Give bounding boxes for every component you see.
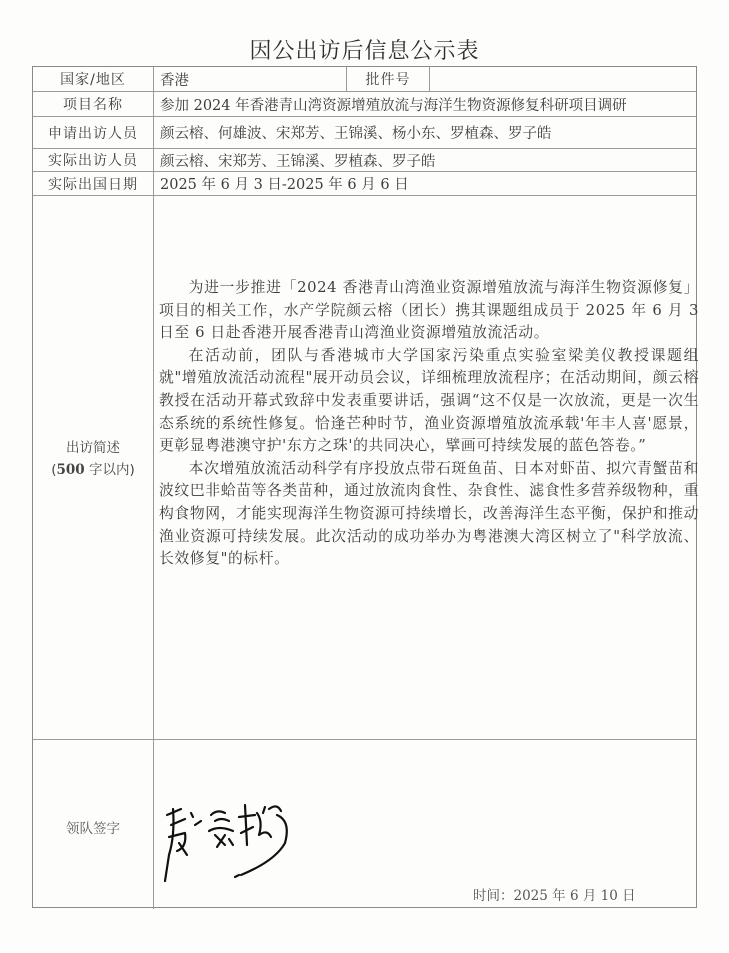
signature-date: 时间：2025 年 6 月 10 日: [473, 884, 636, 904]
summary-paragraph: 在活动前，团队与香港城市大学国家污染重点实验室梁美仪教授课题组就"增殖放流活动流…: [159, 345, 699, 458]
project-name-value: 参加 2024 年香港青山湾资源增殖放流与海洋生物资源修复科研项目调研: [154, 92, 700, 116]
actual-dates-value: 2025 年 6 月 3 日-2025 年 6 月 6 日: [154, 172, 700, 195]
country-label: 国家/地区: [33, 67, 153, 91]
country-value: 香港: [154, 67, 346, 91]
actual-members-value: 颜云榕、宋郑芳、王锦溪、罗植森、罗子皓: [154, 149, 700, 171]
trip-summary-label-title: 出访简述: [33, 437, 153, 459]
row-divider: [33, 195, 696, 196]
leader-signature-label: 领队签字: [33, 817, 153, 837]
summary-paragraph: 为进一步推进「2024 香港青山湾渔业资源增殖放流与海洋生物资源修复」项目的相关…: [159, 277, 699, 345]
applied-members-value: 颜云榕、何雄波、宋郑芳、王锦溪、杨小东、罗植森、罗子皓: [154, 117, 700, 148]
document-title: 因公出访后信息公示表: [0, 34, 729, 65]
word-limit-text: 字以内): [85, 462, 135, 478]
approval-number-label: 批件号: [347, 67, 429, 91]
approval-number-value: [430, 67, 698, 91]
applied-members-label: 申请出访人员: [33, 117, 153, 148]
row-divider: [33, 739, 696, 740]
actual-members-label: 实际出访人员: [33, 149, 153, 171]
trip-summary-label: 出访简述 (500 字以内): [33, 437, 153, 481]
actual-dates-label: 实际出国日期: [33, 172, 153, 195]
project-name-label: 项目名称: [33, 92, 153, 116]
trip-summary-body: 为进一步推进「2024 香港青山湾渔业资源增殖放流与海洋生物资源修复」项目的相关…: [159, 277, 699, 571]
handwritten-signature-icon: [159, 795, 339, 905]
word-limit-count: 500: [57, 462, 85, 478]
summary-paragraph: 本次增殖放流活动科学有序投放点带石斑鱼苗、日本对虾苗、拟穴青蟹苗和波纹巴非蛤苗等…: [159, 458, 699, 571]
disclosure-form-table: 国家/地区 香港 批件号 项目名称 参加 2024 年香港青山湾资源增殖放流与海…: [32, 66, 697, 908]
trip-summary-label-limit: (500 字以内): [33, 459, 153, 481]
